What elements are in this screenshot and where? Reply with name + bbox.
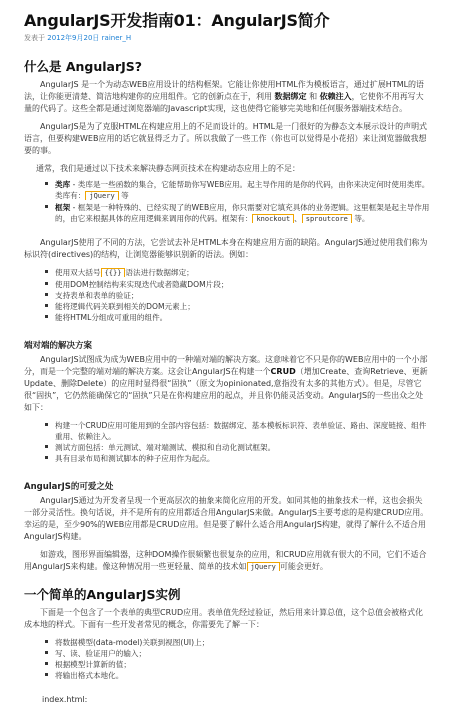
meta-prefix: 发表于 (24, 34, 47, 42)
text: 等。 (352, 214, 370, 223)
section-heading-lovely: AngularJS的可爱之处 (24, 480, 430, 492)
text: 可能会更好。 (280, 562, 328, 571)
text: 等 (119, 191, 129, 200)
list-item: 写、读、验证用户的输入； (45, 648, 430, 659)
section-heading-example: 一个简单的AngularJS实例 (24, 585, 430, 603)
list-concepts: 将数据模型(data-model)关联到视图(UI)上； 写、读、验证用户的输入… (24, 637, 430, 681)
paragraph: AngularJS 是一个为动态WEB应用设计的结构框架。它能让你使用HTML作… (24, 79, 430, 115)
paragraph: AngularJS使用了不同的方法，它尝试去补足HTML本身在构建应用方面的缺陷… (24, 237, 430, 261)
text: 如游戏，图形界面编辑器，这种DOM操作很频繁也很复杂的应用，和CRUD应用就有很… (24, 550, 427, 571)
list-features: 构建一个CRUD应用可能用到的全部内容包括：数据绑定、基本模板标识符、表单验证、… (24, 420, 430, 464)
list-item: 具有目录布局和测试脚本的种子应用作为起点。 (45, 453, 430, 464)
paragraph: 下面是一个包含了一个表单的典型CRUD应用。表单值先经过验证，然后用来计算总值，… (24, 607, 430, 631)
code-snippet: sproutcore (302, 214, 352, 223)
section-heading-end-to-end: 端对端的解决方案 (24, 339, 430, 351)
bold-text: 数据绑定 (275, 92, 307, 101)
text: 使用双大括号 (55, 268, 101, 277)
paragraph: 通常，我们是通过以下技术来解决静态网页技术在构建动态应用上的不足： (24, 163, 430, 175)
list-item: 能将逻辑代码关联到相关的DOM元素上； (45, 301, 430, 312)
text: 和 (307, 92, 320, 101)
list-item: 构建一个CRUD应用可能用到的全部内容包括：数据绑定、基本模板标识符、表单验证、… (45, 420, 430, 442)
date-link[interactable]: 2012年9月20日 (47, 34, 99, 42)
file-label: index.html: (24, 695, 430, 704)
list-item: 能将HTML分组成可重用的组件。 (45, 312, 430, 323)
list-item: 根据模型计算新的值； (45, 659, 430, 670)
list-directives: 使用双大括号{{}}语法进行数据绑定； 使用DOM控制结构来实现迭代或者隐藏DO… (24, 267, 430, 323)
code-snippet: {{}} (101, 268, 126, 277)
text: 语法进行数据绑定； (125, 268, 193, 277)
code-snippet: jQuery (85, 191, 118, 200)
list-item: 框架 - 框架是一种特殊的、已经实现了的WEB应用，你只需要对它填充具体的业务逻… (45, 202, 430, 225)
text: - 框架是一种特殊的、已经实现了的WEB应用，你只需要对它填充具体的业务逻辑。这… (55, 203, 429, 223)
term: 类库 (55, 180, 70, 189)
list-item: 测试方面包括：单元测试、端对端测试、模拟和自动化测试框架。 (45, 442, 430, 453)
paragraph: AngularJS试图成为成为WEB应用中的一种端对端的解决方案。这意味着它不只… (24, 354, 430, 414)
list-item: 使用双大括号{{}}语法进行数据绑定； (45, 267, 430, 279)
paragraph: AngularJS通过为开发者呈现一个更高层次的抽象来简化应用的开发。如同其他的… (24, 495, 430, 543)
list-techniques: 类库 - 类库是一些函数的集合，它能帮助你写WEB应用。起主导作用的是你的代码，… (24, 179, 430, 225)
code-snippet: jQuery (247, 562, 280, 571)
code-snippet: knockout (252, 214, 294, 223)
list-item: 将输出格式本地化。 (45, 670, 430, 681)
paragraph: AngularJS是为了克服HTML在构建应用上的不足而设计的。HTML是一门很… (24, 121, 430, 157)
list-item: 类库 - 类库是一些函数的集合，它能帮助你写WEB应用。起主导作用的是你的代码，… (45, 179, 430, 202)
article: AngularJS开发指南01：AngularJS简介 发表于 2012年9月2… (0, 0, 454, 704)
section-heading-what-is: 什么是 AngularJS? (24, 57, 430, 75)
bold-text: CRUD (271, 367, 296, 376)
list-item: 使用DOM控制结构来实现迭代或者隐藏DOM片段； (45, 279, 430, 290)
term: 框架 (55, 203, 70, 212)
article-meta: 发表于 2012年9月20日 rainer_H (24, 33, 430, 43)
bold-text: 依赖注入 (320, 92, 352, 101)
list-item: 支持表单和表单的验证； (45, 290, 430, 301)
text: 、 (294, 214, 302, 223)
list-item: 将数据模型(data-model)关联到视图(UI)上； (45, 637, 430, 648)
paragraph: 如游戏，图形界面编辑器，这种DOM操作很频繁也很复杂的应用，和CRUD应用就有很… (24, 549, 430, 573)
author-link[interactable]: rainer_H (102, 34, 132, 42)
article-title: AngularJS开发指南01：AngularJS简介 (24, 8, 430, 31)
